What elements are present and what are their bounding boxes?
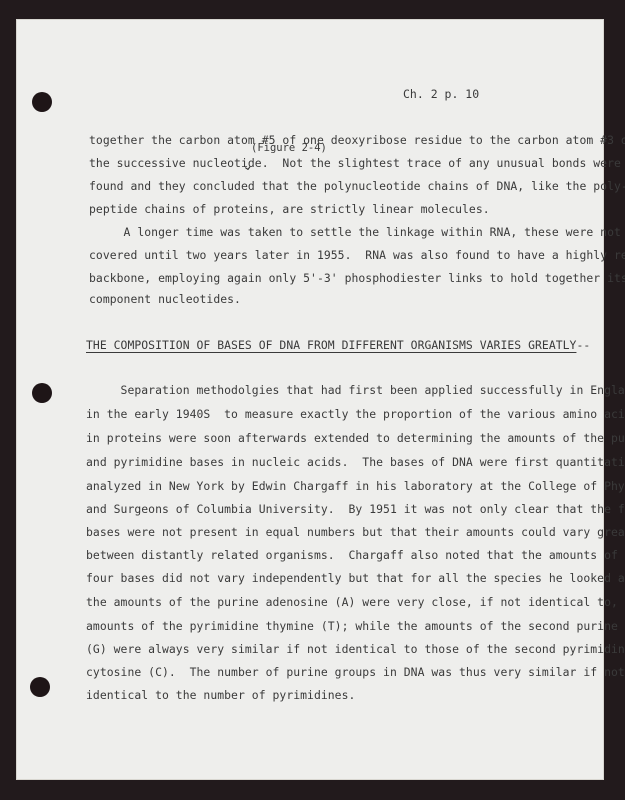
- section-heading: THE COMPOSITION OF BASES OF DNA FROM DIF…: [86, 338, 590, 352]
- text-line: component nucleotides.: [89, 292, 241, 306]
- page-label: Ch. 2 p. 10: [403, 87, 479, 101]
- document-page: Ch. 2 p. 10 together the carbon atom #5 …: [17, 20, 603, 779]
- text-line: Separation methodolgies that had first b…: [86, 383, 625, 397]
- section-heading-text: THE COMPOSITION OF BASES OF DNA FROM DIF…: [86, 338, 576, 352]
- text-line: in the early 1940S to measure exactly th…: [86, 407, 625, 421]
- text-line: together the carbon atom #5 of one deoxy…: [89, 133, 625, 147]
- text-line: covered until two years later in 1955. R…: [89, 248, 625, 262]
- punch-hole-icon: [32, 92, 52, 112]
- text-line: between distantly related organisms. Cha…: [86, 548, 625, 562]
- text-line: backbone, employing again only 5'-3' pho…: [89, 271, 625, 285]
- text-line: in proteins were soon afterwards extende…: [86, 431, 625, 445]
- text-line: found and they concluded that the polynu…: [89, 179, 625, 193]
- text-line: A longer time was taken to settle the li…: [89, 225, 625, 239]
- text-line: the successive nucleotide. Not the sligh…: [89, 156, 621, 170]
- punch-hole-icon: [32, 383, 52, 403]
- text-line: analyzed in New York by Edwin Chargaff i…: [86, 479, 625, 493]
- text-line: bases were not present in equal numbers …: [86, 525, 625, 539]
- handwritten-insertion: (Figure 2-4): [251, 142, 327, 154]
- caret-insertion-icon: ⌄: [241, 158, 254, 175]
- section-heading-suffix: --: [576, 338, 590, 352]
- text-line: and pyrimidine bases in nucleic acids. T…: [86, 455, 625, 469]
- text-line: peptide chains of proteins, are strictly…: [89, 202, 490, 216]
- text-line: cytosine (C). The number of purine group…: [86, 665, 625, 679]
- text-line: identical to the number of pyrimidines.: [86, 688, 355, 702]
- punch-hole-icon: [30, 677, 50, 697]
- text-line: amounts of the pyrimidine thymine (T); w…: [86, 619, 625, 633]
- text-line: (G) were always very similar if not iden…: [86, 642, 625, 656]
- text-line: four bases did not vary independently bu…: [86, 571, 625, 585]
- text-line: the amounts of the purine adenosine (A) …: [86, 595, 625, 609]
- text-line: and Surgeons of Columbia University. By …: [86, 502, 625, 516]
